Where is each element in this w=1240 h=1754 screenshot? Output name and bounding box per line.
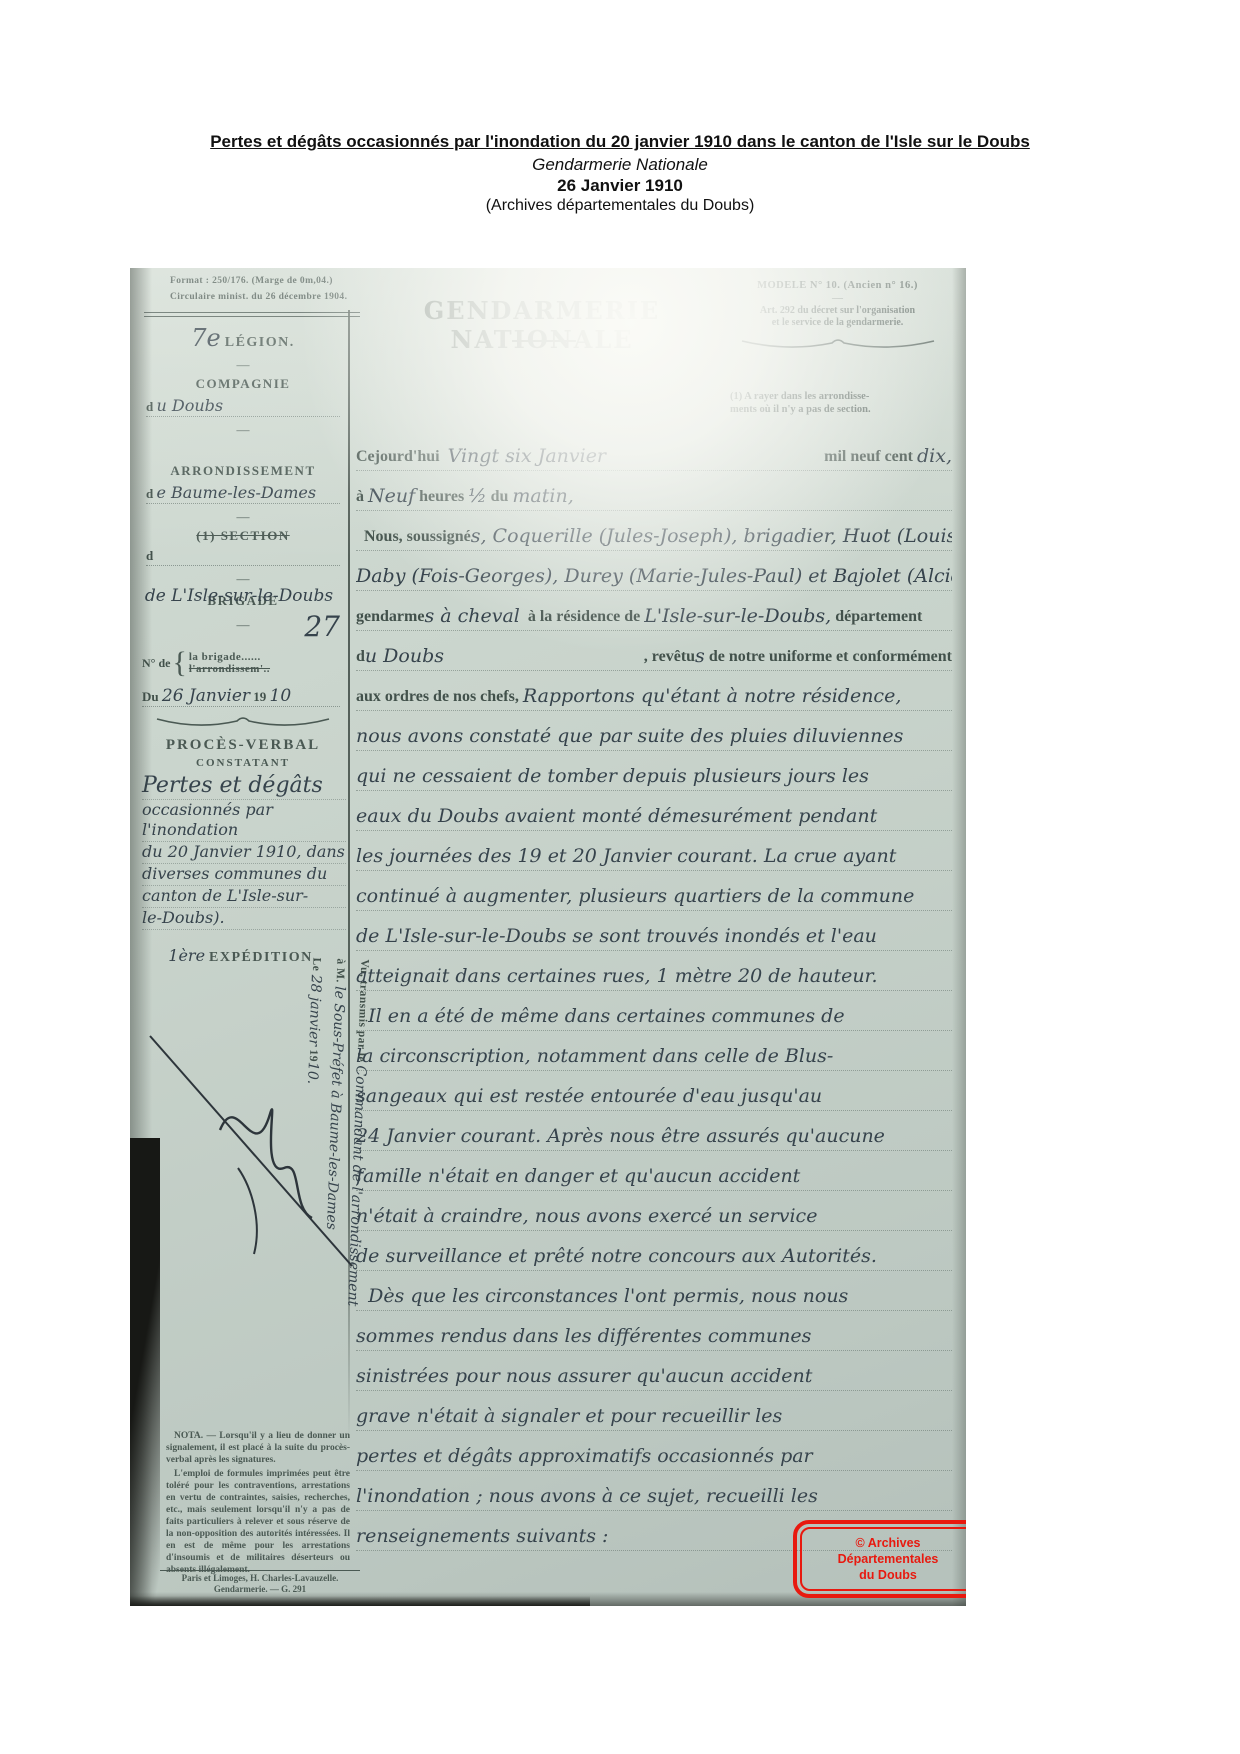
printer-imprint-line1: Paris et Limoges, H. Charles-Lavauzelle. xyxy=(160,1573,360,1584)
numero-brace: { xyxy=(172,646,186,680)
document-photo: Format : 250/176. (Marge de 0m,04.) Circ… xyxy=(130,268,966,1606)
archives-copyright-stamp-text: © Archives Départementales du Doubs xyxy=(800,1527,966,1591)
legion-number-handwritten: 7e xyxy=(191,324,220,352)
caption-subtitle: Gendarmerie Nationale xyxy=(125,155,1115,175)
article-line2: et le service de la gendarmerie. xyxy=(715,317,960,329)
brigade-number-handwritten: 27 xyxy=(304,610,340,643)
compagnie-value-handwritten: u Doubs xyxy=(156,396,223,415)
printed-text: d xyxy=(356,646,365,668)
text-line: atteignait dans certaines rues, 1 mètre … xyxy=(356,951,952,991)
handwritten-text: sinistrées pour nous assurer qu'aucun ac… xyxy=(356,1364,812,1388)
text-line: le-Doubs). xyxy=(142,908,346,930)
handwritten-text: matin, xyxy=(512,484,573,508)
handwritten-text: la circonscription, notamment dans celle… xyxy=(356,1044,833,1068)
printer-imprint-line2: Gendarmerie. — G. 291 xyxy=(160,1584,360,1595)
text-line: occasionnés par l'inondation xyxy=(142,800,346,842)
compagnie-prefix: d xyxy=(146,399,153,414)
printed-text: Nous, soussigné xyxy=(356,526,471,548)
handwritten-text: 24 Janvier courant. Après nous être assu… xyxy=(356,1124,885,1148)
text-line: sinistrées pour nous assurer qu'aucun ac… xyxy=(356,1351,952,1391)
nota-paragraph: L'emploi de formules imprimées peut être… xyxy=(166,1468,350,1576)
handwritten-text: famille n'était en danger et qu'aucun ac… xyxy=(356,1164,800,1188)
text-line: aux ordres de nos chefs, Rapportons qu'é… xyxy=(356,671,952,711)
printed-text: , revêtu xyxy=(644,646,695,668)
masthead-title: GENDARMERIE NATIONALE xyxy=(352,296,732,354)
article-line1: Art. 292 du décret sur l'organisation xyxy=(715,305,960,317)
expedition-ordinal-handwritten: 1ère xyxy=(168,946,205,965)
brigade-number-area: — 27 xyxy=(140,618,346,644)
text-line: les journées des 19 et 20 Janvier couran… xyxy=(356,831,952,871)
handwritten-text: du 20 Janvier 1910, dans xyxy=(142,842,345,861)
handwritten-text: nous avons constaté que par suite des pl… xyxy=(356,724,903,748)
caption-header: Pertes et dégâts occasionnés par l'inond… xyxy=(125,130,1115,215)
handwritten-text: Pertes et dégâts xyxy=(142,773,323,798)
renvoi-footnote-line1: (1) A rayer dans les arrondisse- xyxy=(730,390,965,403)
printer-imprint: Paris et Limoges, H. Charles-Lavauzelle.… xyxy=(160,1570,360,1595)
printed-text: à M. xyxy=(333,958,346,986)
handwritten-text: l'inondation ; nous avons à ce sujet, re… xyxy=(356,1484,818,1508)
du-date-handwritten: 26 Janvier xyxy=(162,686,250,706)
handwritten-text: ½ xyxy=(468,484,486,508)
handwritten-text: le-Doubs). xyxy=(142,908,225,927)
dash-separator: — xyxy=(140,572,346,586)
section-field: d xyxy=(146,548,340,566)
format-note: Format : 250/176. (Marge de 0m,04.) xyxy=(170,276,400,286)
legion-line: 7e LÉGION. xyxy=(140,324,346,352)
text-line: à Neuf heures ½ du matin, xyxy=(356,471,952,511)
section-prefix: d xyxy=(146,548,153,563)
numero-label: N° de xyxy=(142,656,170,671)
caption-source: (Archives départementales du Doubs) xyxy=(125,197,1115,215)
text-line: pertes et dégâts approximatifs occasionn… xyxy=(356,1431,952,1471)
masthead-rule xyxy=(512,340,576,342)
text-line: canton de L'Isle-sur- xyxy=(142,886,346,908)
stamp-line2: du Doubs xyxy=(806,1567,966,1583)
handwritten-text: diverses communes du xyxy=(142,864,327,883)
legion-label: LÉGION. xyxy=(225,335,295,350)
du-prefix: Du xyxy=(142,689,162,704)
handwritten-text: qui ne cessaient de tomber depuis plusie… xyxy=(356,764,869,788)
section-label-struck: (1) SECTION xyxy=(140,528,346,544)
text-line: Nous, soussignés, Coquerille (Jules-Jose… xyxy=(356,511,952,551)
printed-text: du xyxy=(487,486,513,508)
handwritten-text: de L'Isle-sur-le-Doubs se sont trouvés i… xyxy=(356,924,877,948)
renvoi-footnote-line2: ments où il n'y a pas de section. xyxy=(730,403,965,416)
page: Pertes et dégâts occasionnés par l'inond… xyxy=(0,0,1240,1754)
du-year-handwritten: 10 xyxy=(270,686,292,706)
text-line: grave n'était à signaler et pour recueil… xyxy=(356,1391,952,1431)
dash-separator: — xyxy=(140,423,346,437)
handwritten-text: s xyxy=(695,644,705,668)
renvoi-footnote: (1) A rayer dans les arrondisse- ments o… xyxy=(730,390,965,416)
curly-brace-divider xyxy=(153,715,333,729)
handwritten-text: dix, xyxy=(917,444,952,468)
nota-smallprint: NOTA. — Lorsqu'il y a lieu de donner un … xyxy=(166,1430,350,1578)
text-line: n'était à craindre, nous avons exercé un… xyxy=(356,1191,952,1231)
dash-separator: — xyxy=(140,358,346,372)
photo-bottom-shadow xyxy=(130,1596,590,1606)
handwritten-text: s à cheval xyxy=(424,604,519,628)
handwritten-text: grave n'était à signaler et pour recueil… xyxy=(356,1404,782,1428)
printed-text: Cejourd'hui xyxy=(356,446,448,468)
handwritten-text: canton de L'Isle-sur- xyxy=(142,886,308,905)
printed-text: heures xyxy=(415,486,468,508)
caption-date: 26 Janvier 1910 xyxy=(125,176,1115,196)
caption-title: Pertes et dégâts occasionnés par l'inond… xyxy=(125,130,1115,153)
numero-row-arrondissement-struck: l'arrondissem'.. xyxy=(189,663,346,675)
form-left-column: 7e LÉGION. — COMPAGNIE d u Doubs — ARRON… xyxy=(140,320,346,966)
printed-text: aux ordres de nos chefs, xyxy=(356,686,523,708)
signature-flourish xyxy=(142,1018,372,1278)
arrondissement-value-handwritten: e Baume-les-Dames xyxy=(156,483,316,502)
printed-text: gendarme xyxy=(356,606,424,628)
handwritten-text: s, Coquerille (Jules-Joseph), brigadier,… xyxy=(471,524,952,548)
handwritten-text: Vingt six Janvier xyxy=(448,444,606,468)
handwritten-text: sangeaux qui est restée entourée d'eau j… xyxy=(356,1084,822,1108)
text-line: du 20 Janvier 1910, dans xyxy=(142,842,346,864)
text-line: Cejourd'hui Vingt six Janviermil neuf ce… xyxy=(356,431,952,471)
text-line: eaux du Doubs avaient monté démesurément… xyxy=(356,791,952,831)
archives-copyright-stamp: © Archives Départementales du Doubs xyxy=(793,1520,966,1598)
text-line: gendarmes à cheval à la résidence de L'I… xyxy=(356,591,952,631)
printed-text: à la résidence de xyxy=(520,606,644,628)
handwritten-text: Dès que les circonstances l'ont permis, … xyxy=(356,1284,848,1308)
handwritten-text: Neuf xyxy=(368,484,415,508)
handwritten-text: n'était à craindre, nous avons exercé un… xyxy=(356,1204,817,1228)
text-line: famille n'était en danger et qu'aucun ac… xyxy=(356,1151,952,1191)
printed-text: de notre uniforme et conformément xyxy=(705,646,952,668)
handwritten-text: renseignements suivants : xyxy=(356,1524,608,1548)
printed-text: Le xyxy=(310,957,323,975)
handwritten-text: atteignait dans certaines rues, 1 mètre … xyxy=(356,964,878,988)
text-line: l'inondation ; nous avons à ce sujet, re… xyxy=(356,1471,952,1511)
compagnie-field: d u Doubs xyxy=(146,396,340,417)
handwritten-text: Daby (Fois-Georges), Durey (Marie-Jules-… xyxy=(356,564,952,588)
numero-rows: la brigade...... l'arrondissem'.. xyxy=(189,651,346,675)
printed-text: département xyxy=(831,606,922,628)
text-line: diverses communes du xyxy=(142,864,346,886)
text-line: Pertes et dégâts xyxy=(142,773,346,800)
text-line: de L'Isle-sur-le-Doubs se sont trouvés i… xyxy=(356,911,952,951)
nota-paragraph: NOTA. — Lorsqu'il y a lieu de donner un … xyxy=(166,1430,350,1466)
printed-text: mil neuf cent xyxy=(824,446,917,468)
text-line: sommes rendus dans les différentes commu… xyxy=(356,1311,952,1351)
text-line: Daby (Fois-Georges), Durey (Marie-Jules-… xyxy=(356,551,952,591)
text-line: du Doubs, revêtus de notre uniforme et c… xyxy=(356,631,952,671)
text-line: qui ne cessaient de tomber depuis plusie… xyxy=(356,751,952,791)
proces-verbal-title: PROCÈS-VERBAL xyxy=(140,737,346,754)
handwritten-text: Rapportons qu'étant à notre résidence, xyxy=(523,684,902,708)
arrondissement-prefix: d xyxy=(146,486,153,501)
double-rule xyxy=(144,312,360,317)
modele-dash: — xyxy=(715,292,960,304)
text-line: 24 Janvier courant. Après nous être assu… xyxy=(356,1111,952,1151)
du-date-field: Du 26 Janvier 19 10 xyxy=(142,686,340,707)
text-line: de surveillance et prêté notre concours … xyxy=(356,1231,952,1271)
handwritten-text: les journées des 19 et 20 Janvier couran… xyxy=(356,844,896,868)
handwritten-text: eaux du Doubs avaient monté démesurément… xyxy=(356,804,877,828)
handwritten-text: de surveillance et prêté notre concours … xyxy=(356,1244,877,1268)
handwritten-text: L'Isle-sur-le-Doubs, xyxy=(644,604,831,628)
arrondissement-field: d e Baume-les-Dames xyxy=(146,483,340,504)
text-line: continué à augmenter, plusieurs quartier… xyxy=(356,871,952,911)
text-line: sangeaux qui est restée entourée d'eau j… xyxy=(356,1071,952,1111)
text-line: Dès que les circonstances l'ont permis, … xyxy=(356,1271,952,1311)
compagnie-label: COMPAGNIE xyxy=(140,376,346,392)
pv-object-handwritten: Pertes et dégâtsoccasionnés par l'inonda… xyxy=(140,773,346,930)
modele-box: MODELE N° 10. (Ancien n° 16.) — Art. 292… xyxy=(715,280,960,351)
handwritten-text: u Doubs xyxy=(365,644,444,668)
handwritten-text: Il en a été de même dans certaines commu… xyxy=(356,1004,845,1028)
dash-separator: — xyxy=(140,510,346,524)
printed-text: à xyxy=(356,486,368,508)
numero-block: N° de { la brigade...... l'arrondissem'.… xyxy=(142,646,346,680)
text-line: la circonscription, notamment dans celle… xyxy=(356,1031,952,1071)
curly-brace-divider xyxy=(738,337,938,351)
handwritten-text: pertes et dégâts approximatifs occasionn… xyxy=(356,1444,813,1468)
numero-row-brigade: la brigade...... xyxy=(189,651,346,663)
text-line: nous avons constaté que par suite des pl… xyxy=(356,711,952,751)
stamp-line1: © Archives Départementales xyxy=(806,1535,966,1567)
modele-line: MODELE N° 10. (Ancien n° 16.) xyxy=(715,280,960,291)
du-year-printed: 19 xyxy=(253,689,266,704)
text-line: Il en a été de même dans certaines commu… xyxy=(356,991,952,1031)
handwritten-text: continué à augmenter, plusieurs quartier… xyxy=(356,884,914,908)
constatant-subtitle: CONSTATANT xyxy=(140,757,346,769)
report-body-lines: Cejourd'hui Vingt six Janviermil neuf ce… xyxy=(356,431,952,1551)
handwritten-text: occasionnés par l'inondation xyxy=(142,800,273,839)
brigade-value-handwritten: de L'Isle-sur-le-Doubs xyxy=(136,586,342,606)
handwritten-text: sommes rendus dans les différentes commu… xyxy=(356,1324,811,1348)
arrondissement-label: ARRONDISSEMENT xyxy=(140,463,346,479)
brigade-line: BRIGADE de L'Isle-sur-le-Doubs xyxy=(140,590,346,612)
